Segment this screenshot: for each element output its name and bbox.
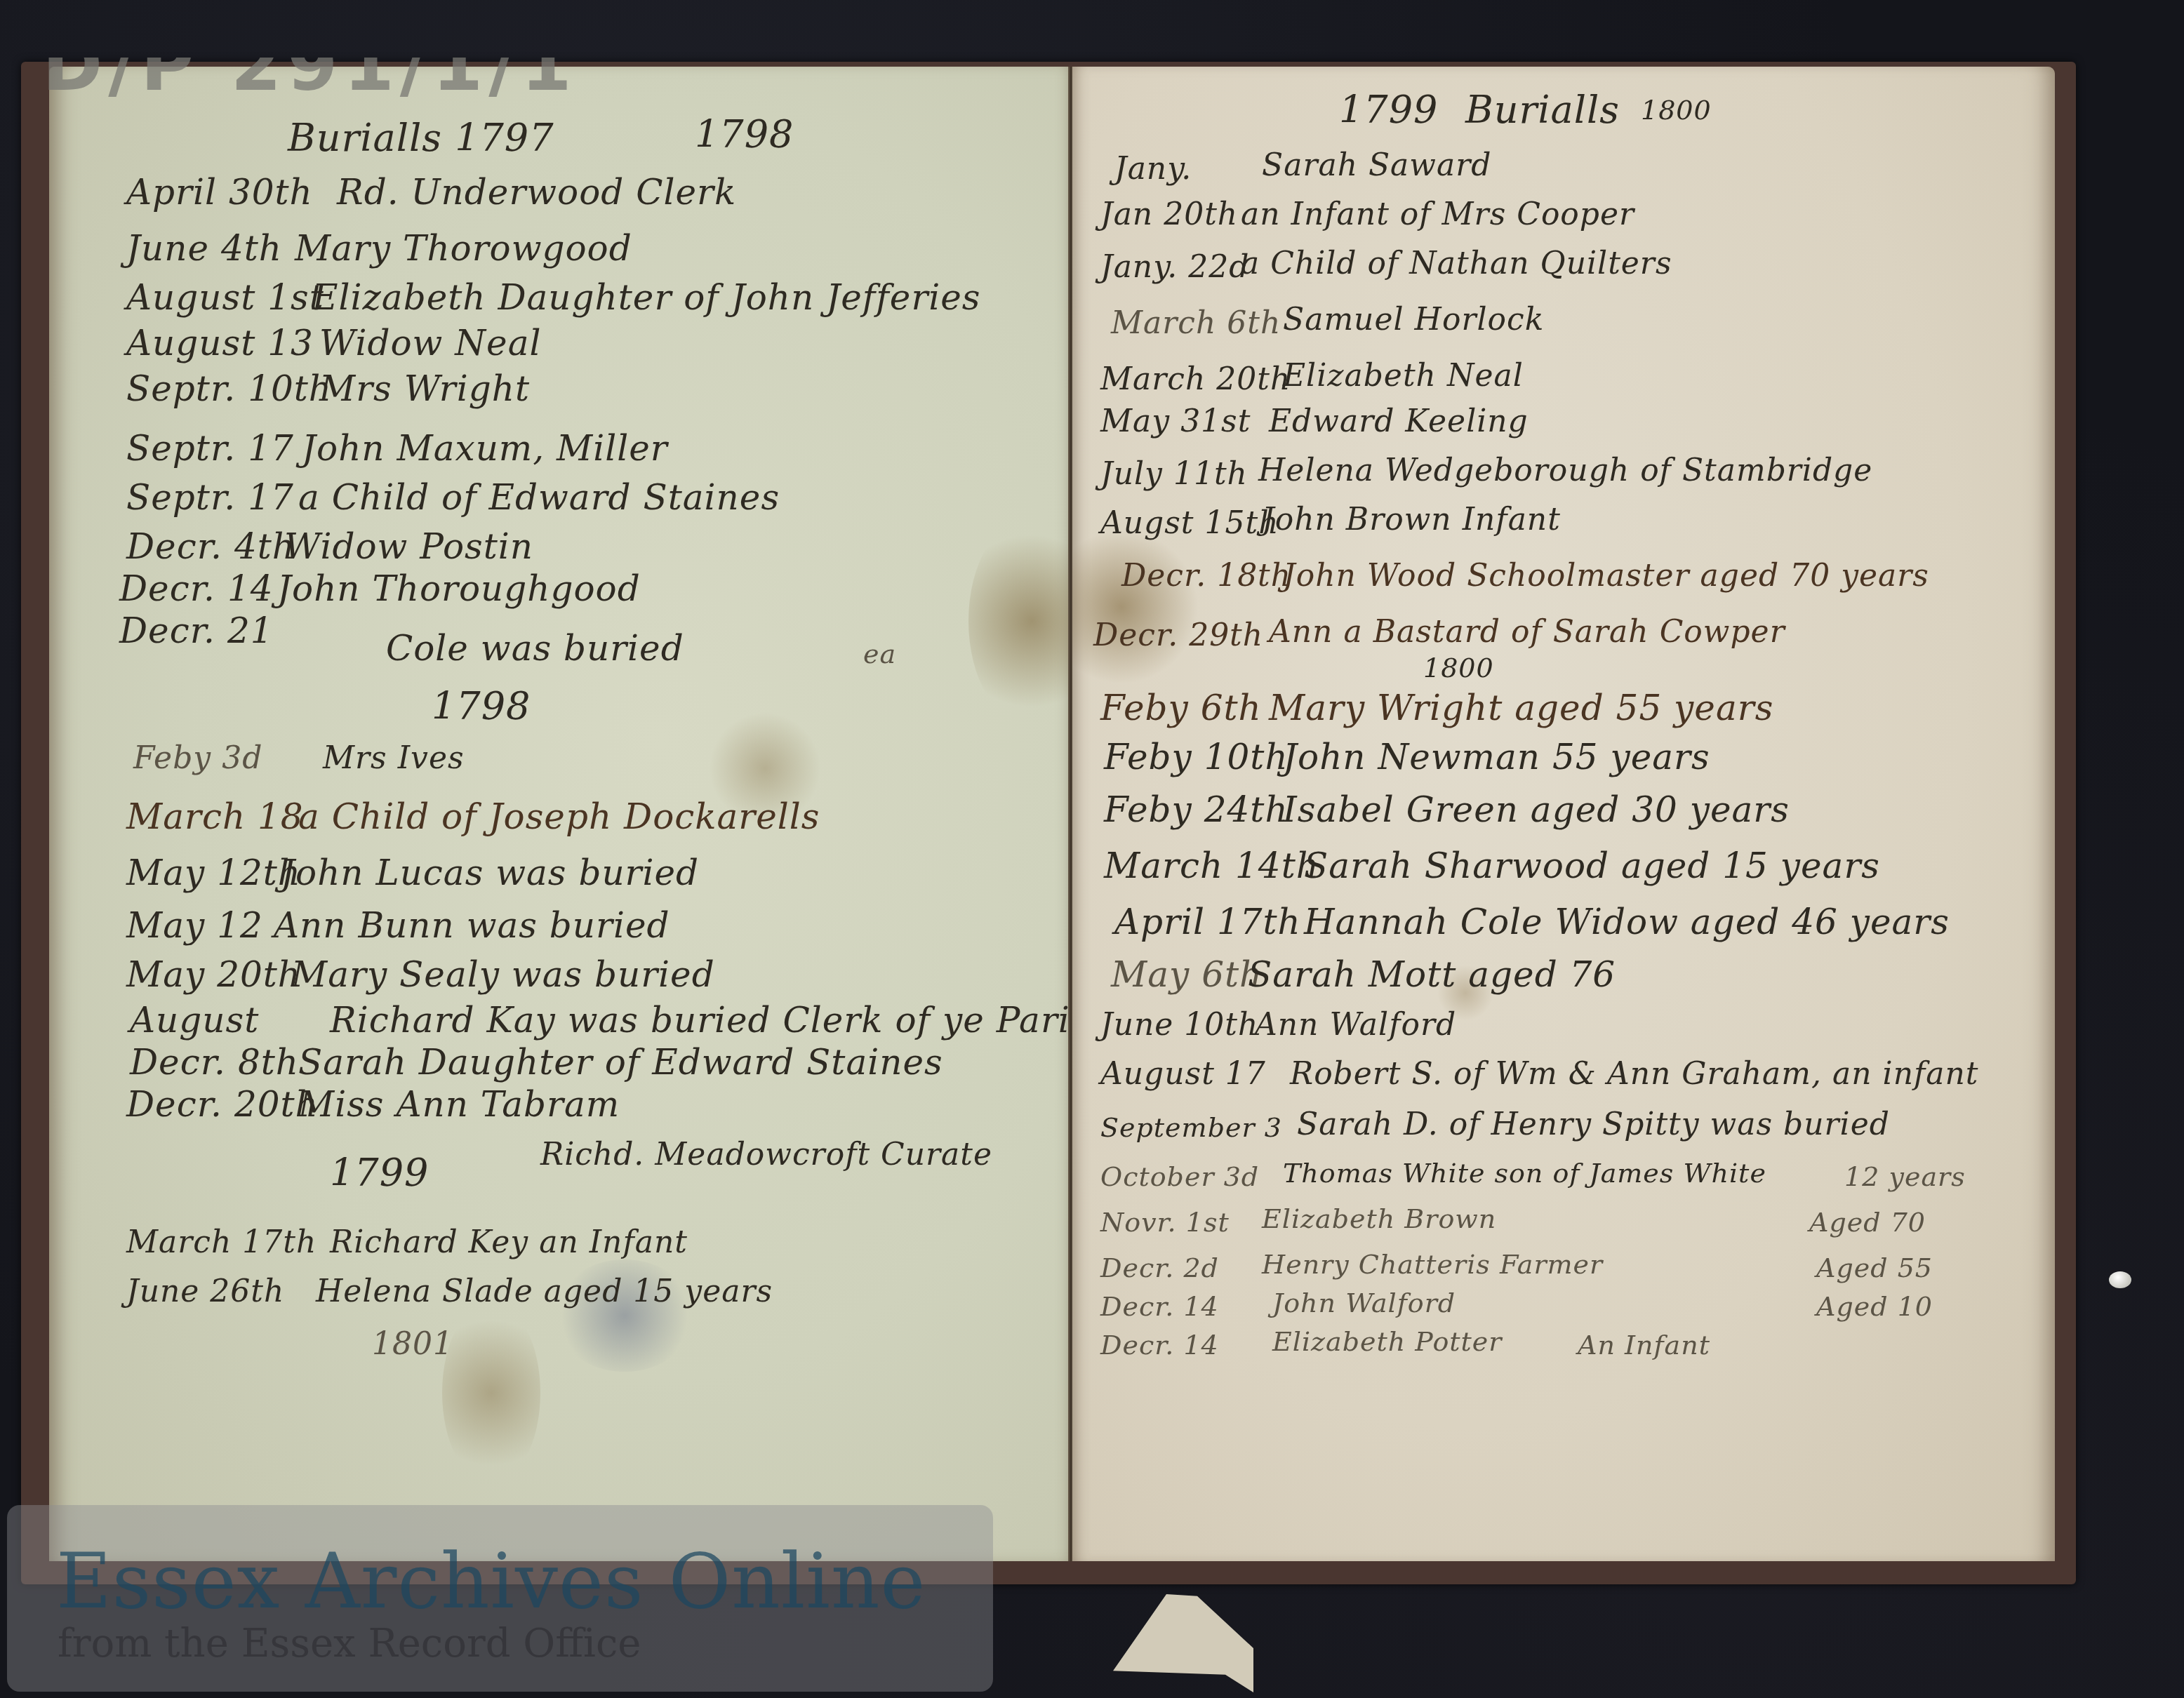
entry-text: Ann a Bastard of Sarah Cowper	[1269, 614, 1785, 650]
year-note: 1801	[372, 1326, 453, 1362]
entry-date: Septr. 10th	[126, 368, 332, 409]
water-stain	[1072, 530, 1199, 684]
year-heading: 1798	[432, 684, 531, 728]
entry-text: Cole was buried	[386, 628, 684, 669]
entry-date: March 14th	[1104, 845, 1319, 886]
entry-text: Sarah Saward	[1262, 147, 1491, 183]
water-stain	[442, 1302, 540, 1484]
heading-year: 1799	[1339, 88, 1438, 132]
entry-text: John Brown Infant	[1262, 502, 1561, 537]
entry-text: Isabel Green aged 30 years	[1283, 789, 1790, 830]
entry-text: Sarah Sharwood aged 15 years	[1304, 845, 1880, 886]
archive-reference-watermark: D/P 291/1/1	[42, 58, 578, 101]
entry-text: Helena Wedgeborough of Stambridge	[1258, 453, 1872, 488]
entry-date: Decr. 4th	[126, 526, 295, 567]
entry-date: Feby 24th	[1104, 789, 1289, 830]
entry-text: Mary Wright aged 55 years	[1269, 688, 1773, 728]
entry-text: Edward Keeling	[1269, 403, 1529, 439]
entry-date: May 12th	[126, 853, 301, 893]
entry-text: Samuel Horlock	[1283, 302, 1544, 337]
entry-text: Sarah Daughter of Edward Staines	[298, 1042, 943, 1083]
entry-text: Sarah D. of Henry Spitty was buried	[1297, 1107, 1890, 1142]
entry-date: Jan 20th	[1100, 196, 1238, 232]
entry-text: Elizabeth Brown	[1262, 1203, 1496, 1234]
entry-age: Aged 70	[1809, 1207, 1926, 1238]
entry-text: Henry Chatteris Farmer	[1262, 1249, 1603, 1280]
entry-date: Septr. 17	[126, 428, 294, 469]
entry-date: August	[130, 1000, 259, 1041]
entry-text: John Walford	[1272, 1288, 1456, 1318]
entry-age: Aged 10	[1816, 1291, 1933, 1322]
left-page: Burialls 1797 1798 April 30th Rd. Underw…	[49, 67, 1070, 1561]
entry-text: Ann Walford	[1255, 1007, 1456, 1043]
entry-date: March 6th	[1111, 305, 1281, 341]
entry-date: Novr. 1st	[1100, 1207, 1230, 1238]
entry-text: Richard Kay was buried Clerk of ye Paris…	[330, 1000, 1070, 1041]
entry-text: a Child of Joseph Dockarells	[298, 796, 820, 837]
entry-date: June 26th	[126, 1273, 284, 1309]
curate-signature: Richd. Meadowcroft Curate	[540, 1137, 992, 1172]
entry-date: April 30th	[126, 172, 313, 213]
entry-text: Miss Ann Tabram	[298, 1084, 620, 1125]
entry-text: John Newman 55 years	[1283, 737, 1710, 777]
entry-date: May 12	[126, 905, 263, 946]
entry-text: a Child of Edward Staines	[298, 477, 780, 518]
entry-text: Mrs Ives	[323, 740, 465, 776]
entry-date: August 13	[126, 323, 314, 363]
entry-date: Feby 3d	[133, 740, 262, 776]
entry-date: Septr. 17	[126, 477, 294, 518]
heading-year-alt: 1800	[1641, 95, 1712, 126]
margin-note: ea	[863, 639, 896, 669]
entry-text: Hannah Cole Widow aged 46 years	[1304, 902, 1950, 942]
entry-date: Decr. 2d	[1100, 1252, 1219, 1283]
entry-date: Jany. 22d	[1100, 249, 1249, 285]
heading-year-alt: 1798	[695, 112, 794, 156]
entry-text: Elizabeth Neal	[1283, 358, 1524, 394]
entry-date: Augst 15th	[1100, 505, 1279, 541]
entry-text: an Infant of Mrs Cooper	[1241, 196, 1634, 232]
brand-subtitle: from the Essex Record Office	[58, 1621, 641, 1666]
entry-text: John Lucas was buried	[281, 853, 699, 893]
entry-text: a Child of Nathan Quilters	[1241, 246, 1672, 281]
page-heading: Burialls 1797	[288, 116, 554, 160]
entry-text: Widow Postin	[284, 526, 533, 567]
entry-text: Richard Key an Infant	[330, 1224, 688, 1260]
entry-date: Decr. 14	[1100, 1291, 1219, 1322]
entry-date: Decr. 20th	[126, 1084, 319, 1125]
entry-date: Decr. 8th	[130, 1042, 299, 1083]
entry-date: Jany.	[1114, 151, 1192, 187]
entry-date: May 6th	[1111, 954, 1263, 995]
entry-date: Decr. 29th	[1093, 617, 1263, 653]
entry-date: March 18	[126, 796, 304, 837]
right-page: 1799 Burialls 1800 Jany. Sarah Saward Ja…	[1072, 67, 2055, 1561]
entry-text: Robert S. of Wm & Ann Graham, an infant	[1290, 1056, 1979, 1092]
entry-date: March 17th	[126, 1224, 317, 1260]
entry-date: April 17th	[1114, 902, 1301, 942]
pin-head	[2109, 1271, 2131, 1288]
entry-text: Rd. Underwood Clerk	[337, 172, 736, 213]
entry-date: September 3	[1100, 1112, 1282, 1143]
entry-date: Feby 6th	[1100, 688, 1262, 728]
entry-date: August 1st	[126, 277, 324, 318]
entry-date: August 17	[1100, 1056, 1266, 1092]
water-stain	[968, 516, 1070, 726]
entry-date: June 4th	[126, 228, 282, 269]
page-heading: Burialls	[1465, 88, 1620, 132]
entry-text: Widow Neal	[319, 323, 541, 363]
entry-date: Decr. 14	[1100, 1330, 1219, 1361]
entry-date: Decr. 14	[119, 568, 274, 609]
entry-age: Aged 55	[1816, 1252, 1933, 1283]
entry-text: Helena Slade aged 15 years	[316, 1273, 773, 1309]
entry-age: 12 years	[1844, 1161, 1966, 1192]
entry-date: Decr. 21	[119, 610, 274, 651]
year-heading: 1799	[330, 1151, 429, 1195]
entry-date: May 31st	[1100, 403, 1251, 439]
entry-age: An Infant	[1578, 1330, 1710, 1361]
entry-date: May 20th	[126, 954, 301, 995]
entry-text: Mary Thorowgood	[295, 228, 632, 269]
entry-text: John Wood Schoolmaster aged 70 years	[1283, 558, 1929, 594]
entry-date: October 3d	[1100, 1161, 1259, 1192]
entry-text: Ann Bunn was buried	[274, 905, 670, 946]
entry-text: John Thoroughgood	[277, 568, 641, 609]
entry-date: Decr. 18th	[1121, 558, 1291, 594]
entry-text: Mary Sealy was buried	[291, 954, 715, 995]
entry-text: Mrs Wright	[319, 368, 530, 409]
entry-text: Thomas White son of James White	[1283, 1158, 1766, 1189]
entry-text: Elizabeth Potter	[1272, 1326, 1502, 1357]
entry-date: June 10th	[1100, 1007, 1258, 1043]
brand-title: Essex Archives Online	[56, 1538, 926, 1626]
entry-date: Feby 10th	[1104, 737, 1289, 777]
entry-date: March 20th	[1100, 361, 1291, 397]
entry-text: John Maxum, Miller	[302, 428, 668, 469]
entry-text: Sarah Mott aged 76	[1248, 954, 1616, 995]
year-heading: 1800	[1423, 653, 1494, 683]
entry-text: Elizabeth Daughter of John Jefferies	[312, 277, 981, 318]
entry-date: July 11th	[1100, 456, 1248, 492]
